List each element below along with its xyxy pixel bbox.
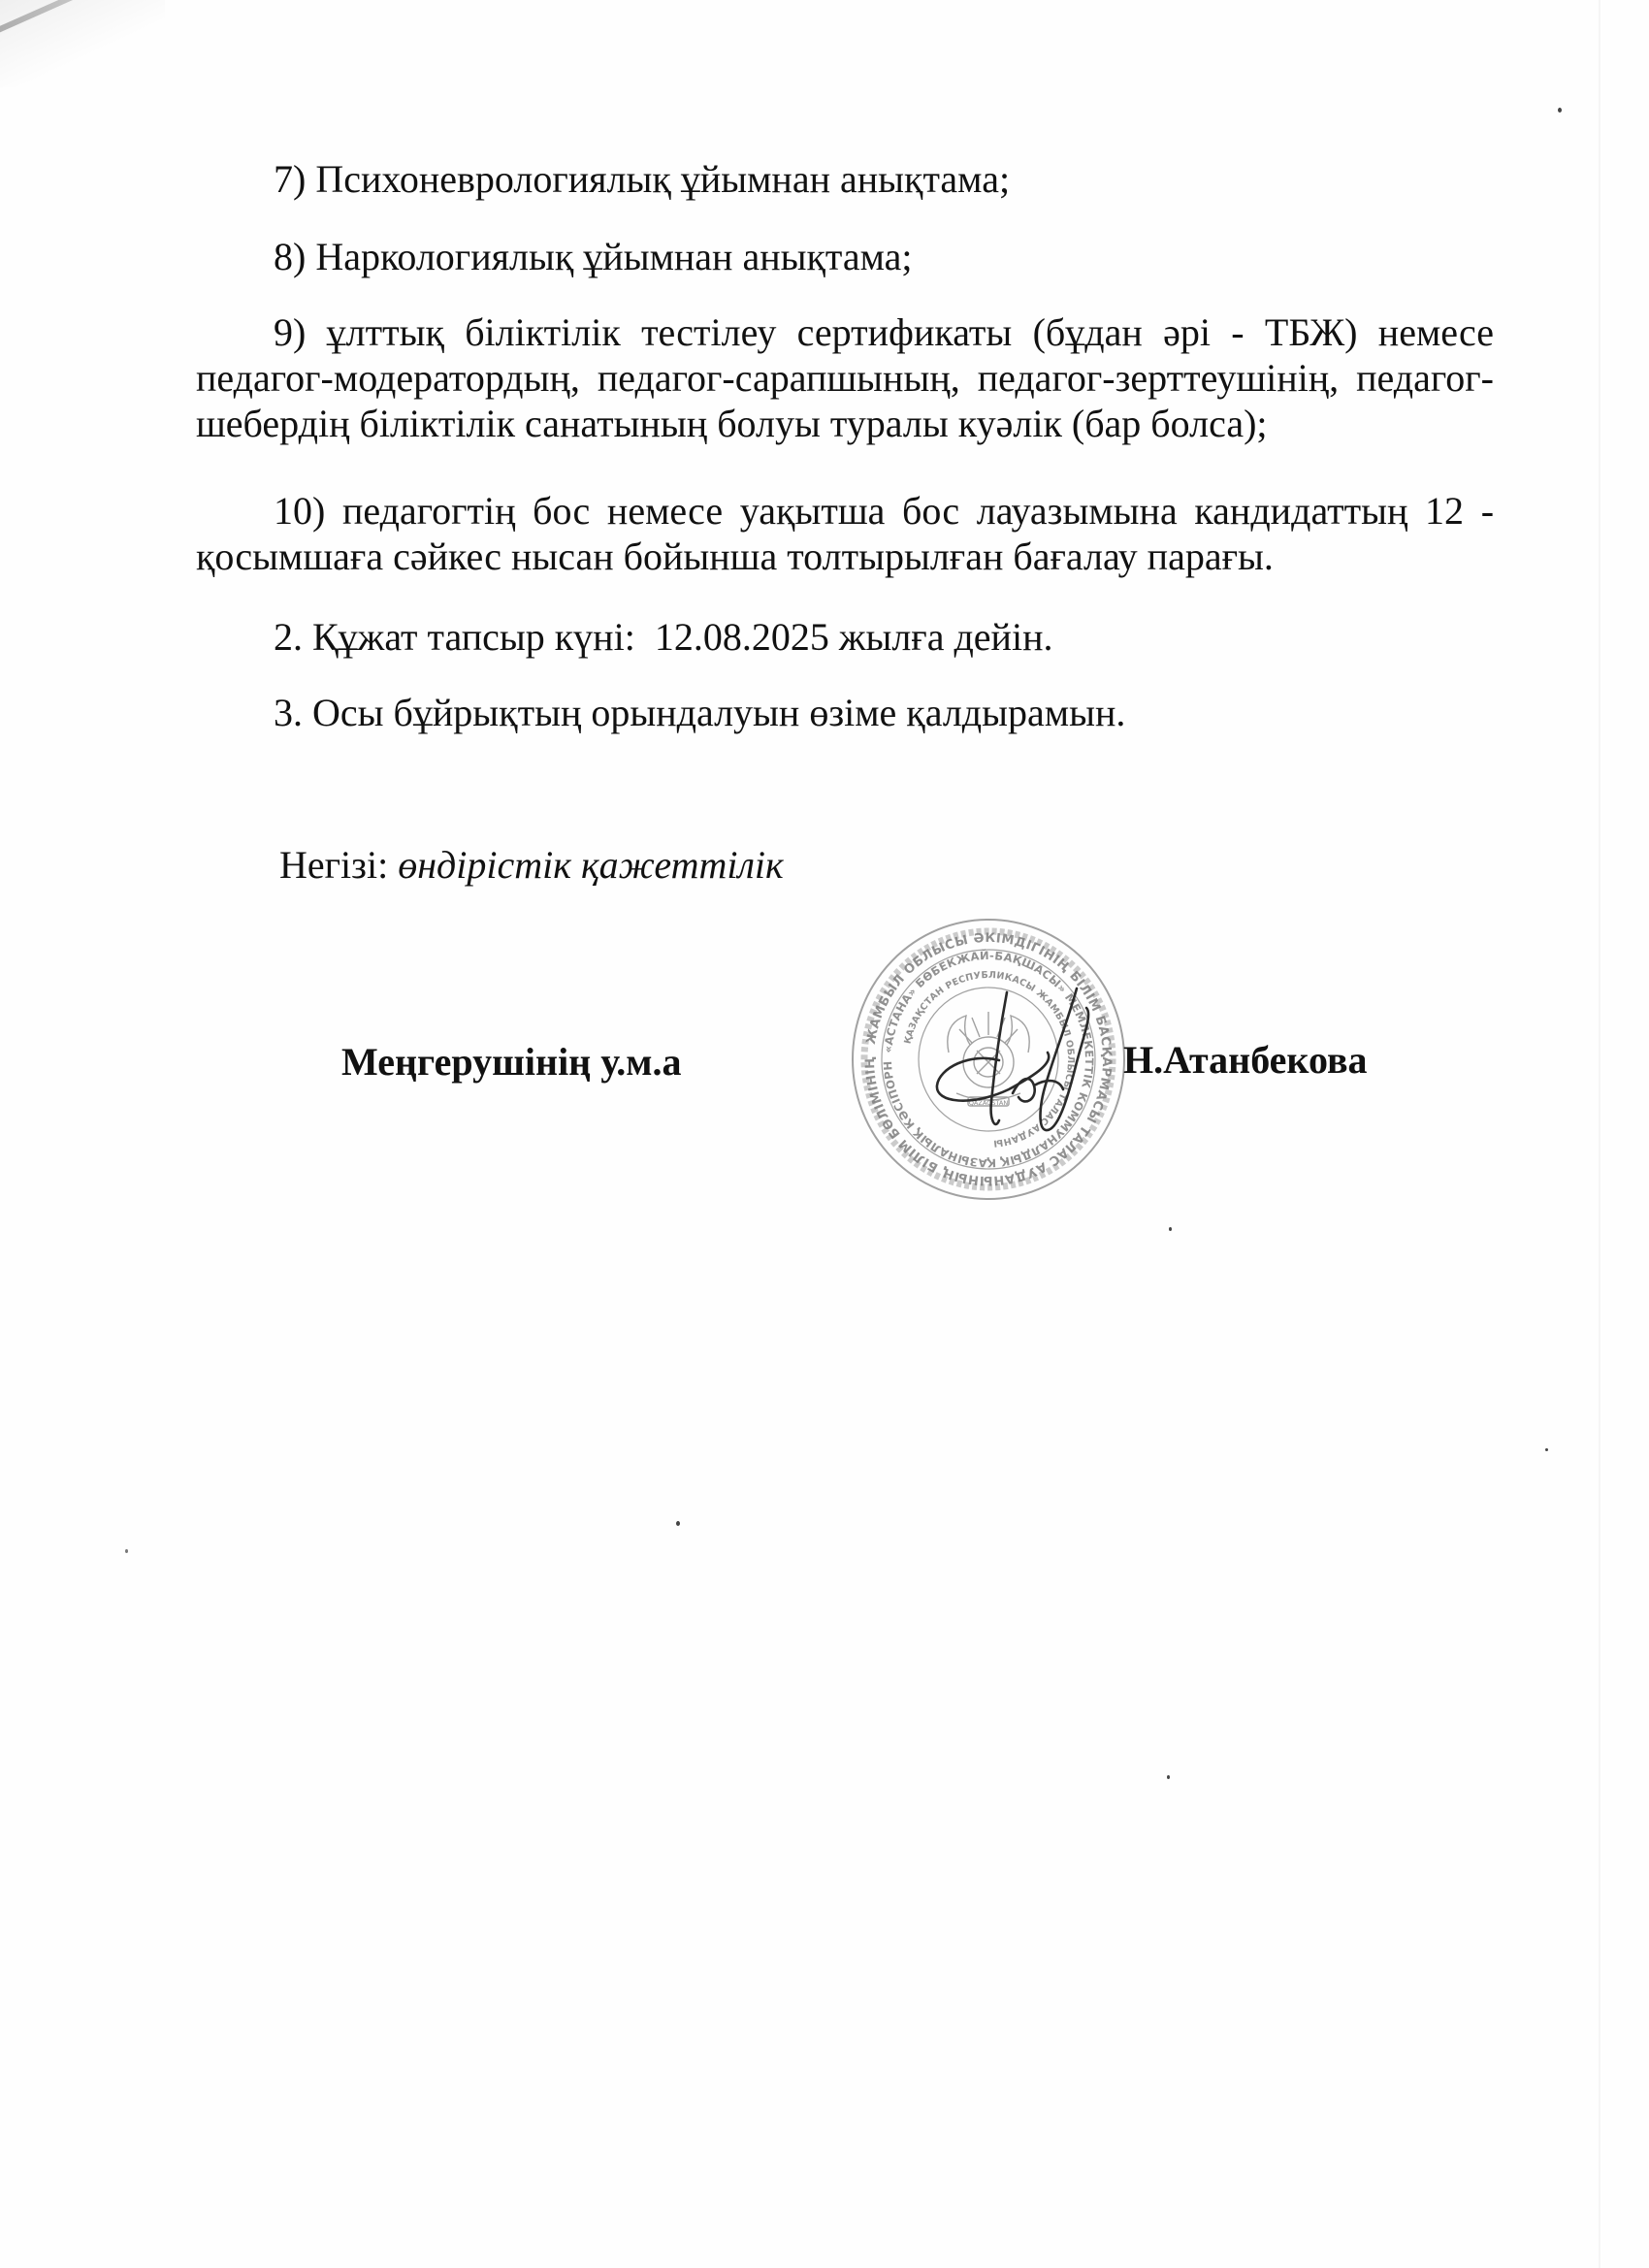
basis-line: Негізі: өндірістік қажеттілік bbox=[279, 842, 1577, 888]
list-item-text: педагогтің бос немесе уақытша бос лауазы… bbox=[196, 489, 1494, 578]
list-item-text: ұлттық біліктілік тестілеу сертификаты (… bbox=[196, 310, 1494, 445]
basis-label: Негізі: bbox=[279, 843, 388, 887]
scan-edge-line bbox=[1599, 0, 1600, 2268]
scan-speck bbox=[1545, 1448, 1548, 1451]
clause-number: 2. bbox=[274, 615, 303, 659]
list-item-text: Наркологиялық ұйымнан анықтама; bbox=[315, 235, 912, 278]
scan-speck bbox=[125, 1549, 128, 1553]
list-item-10: 10) педагогтің бос немесе уақытша бос ла… bbox=[196, 488, 1494, 579]
list-item-text: Психоневрологиялық ұйымнан анықтама; bbox=[315, 157, 1010, 201]
signatory-name: Н.Атанбекова bbox=[1123, 1037, 1368, 1083]
list-item-8: 8) Наркологиялық ұйымнан анықтама; bbox=[196, 234, 1494, 279]
basis-value: өндірістік қажеттілік bbox=[398, 843, 784, 887]
signatory-role: Меңгерушінің у.м.а bbox=[341, 1039, 681, 1085]
scan-speck bbox=[676, 1521, 680, 1526]
list-item-7: 7) Психоневрологиялық ұйымнан анықтама; bbox=[196, 156, 1494, 202]
scan-speck bbox=[1558, 108, 1562, 113]
clause-3-execution-control: 3. Осы бұйрықтың орындалуын өзіме қалдыр… bbox=[196, 690, 1494, 735]
submission-deadline-value: 12.08.2025 жылға дейін. bbox=[655, 615, 1053, 659]
list-item-number: 7) bbox=[274, 157, 306, 201]
clause-text: Осы бұйрықтың орындалуын өзіме қалдырамы… bbox=[312, 691, 1125, 734]
list-item-number: 10) bbox=[274, 489, 325, 533]
handwritten-signature bbox=[931, 985, 1125, 1150]
document-page: 7) Психоневрологиялық ұйымнан анықтама; … bbox=[0, 0, 1649, 2268]
scan-speck bbox=[1167, 1775, 1170, 1779]
list-item-number: 8) bbox=[274, 235, 306, 278]
clause-label: Құжат тапсыр күні: bbox=[312, 615, 635, 659]
scan-speck bbox=[1169, 1227, 1172, 1231]
folded-corner-shadow bbox=[0, 0, 165, 87]
list-item-number: 9) bbox=[274, 310, 306, 354]
clause-number: 3. bbox=[274, 691, 303, 734]
list-item-9: 9) ұлттық біліктілік тестілеу сертификат… bbox=[196, 309, 1494, 446]
clause-2-submission-deadline: 2. Құжат тапсыр күні: 12.08.2025 жылға д… bbox=[196, 614, 1494, 660]
